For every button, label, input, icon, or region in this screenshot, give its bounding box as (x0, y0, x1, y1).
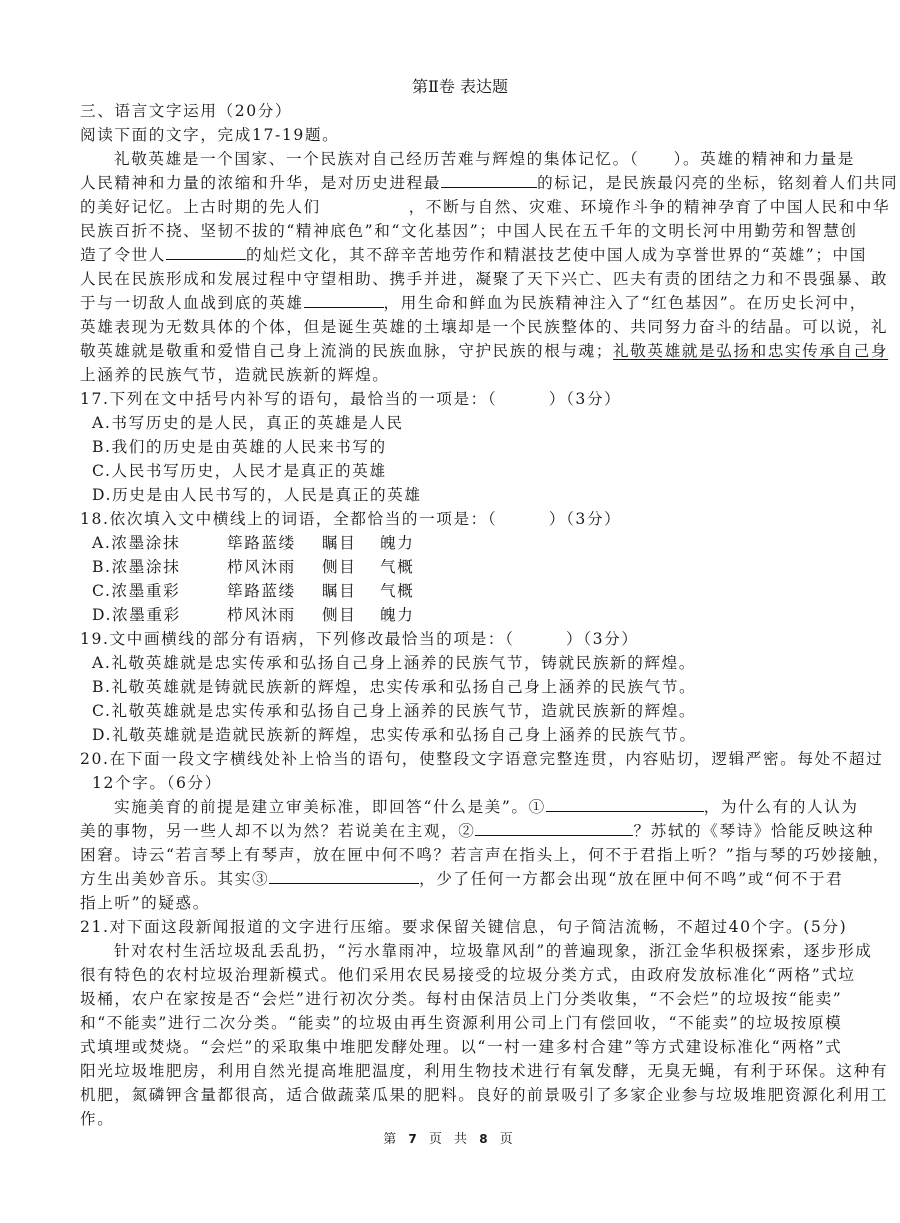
passage-line: 指上听”的疑惑。 (80, 891, 840, 915)
underlined-sentence: 礼敬英雄就是弘扬和忠实传承自己身 (613, 342, 888, 360)
reading-passage: 礼敬英雄是一个国家、一个民族对自己经历苦难与辉煌的集体记忆。（ ）。英雄的精神和… (80, 147, 840, 387)
question-stem: 21.对下面这段新闻报道的文字进行压缩。要求保留关键信息，句子简洁流畅，不超过4… (80, 915, 840, 939)
option-c[interactable]: C.浓墨重彩筚路蓝缕瞩目气概 (80, 579, 840, 603)
question-18: 18.依次填入文中横线上的词语，全都恰当的一项是：（ ）（3分） A.浓墨涂抹筚… (80, 507, 840, 627)
question-stem: 20.在下面一段文字横线处补上恰当的语句，使整段文字语意完整连贯，内容贴切，逻辑… (80, 747, 840, 771)
passage-line: 于与一切敌人血战到底的英雄，用生命和鲜血为民族精神注入了“红色基因”。在历史长河… (80, 291, 840, 315)
fill-blank[interactable] (441, 171, 537, 188)
option-d[interactable]: D.历史是由人民书写的，人民是真正的英雄 (80, 483, 840, 507)
option-a[interactable]: A.书写历史的是人民，真正的英雄是人民 (80, 411, 840, 435)
question-17: 17.下列在文中括号内补写的语句，最恰当的一项是：（ ）（3分） A.书写历史的… (80, 387, 840, 507)
fill-blank[interactable] (166, 243, 246, 260)
question-stem-cont: 12个字。（6分） (80, 771, 840, 795)
question-19: 19.文中画横线的部分有语病，下列修改最恰当的项是：（ ）（3分） A.礼敬英雄… (80, 627, 840, 747)
option-b[interactable]: B.礼敬英雄就是铸就民族新的辉煌，忠实传承和弘扬自己身上涵养的民族气节。 (80, 675, 840, 699)
passage-line: 民族百折不挠、坚韧不拔的“精神底色”和“文化基因”；中国人民在五千年的文明长河中… (80, 219, 840, 243)
question-stem: 19.文中画横线的部分有语病，下列修改最恰当的项是：（ ）（3分） (80, 627, 840, 651)
passage-line: 人民精神和力量的浓缩和升华，是对历史进程最的标记，是民族最闪亮的坐标，铭刻着人们… (80, 171, 840, 195)
option-a[interactable]: A.浓墨涂抹筚路蓝缕瞩目魄力 (80, 531, 840, 555)
question-20: 20.在下面一段文字横线处补上恰当的语句，使整段文字语意完整连贯，内容贴切，逻辑… (80, 747, 840, 915)
passage-line: 敬英雄就是敬重和爱惜自己身上流淌的民族血脉，守护民族的根与魂；礼敬英雄就是弘扬和… (80, 339, 840, 363)
instruction: 阅读下面的文字，完成17-19题。 (80, 123, 840, 147)
option-b[interactable]: B.我们的历史是由英雄的人民来书写的 (80, 435, 840, 459)
option-b[interactable]: B.浓墨涂抹栉风沐雨侧目气概 (80, 555, 840, 579)
option-c[interactable]: C.礼敬英雄就是忠实传承和弘扬自己身上涵养的民族气节，造就民族新的辉煌。 (80, 699, 840, 723)
answer-blank-1[interactable] (546, 795, 704, 812)
current-page: 7 (408, 1132, 420, 1146)
passage-line: 方生出美妙音乐。其实③，少了任何一方都会出现“放在匣中何不鸣”或“何不于君 (80, 867, 840, 891)
news-line: 和“不能卖”进行二次分类。“能卖”的垃圾由再生资源利用公司上门有偿回收，“不能卖… (80, 1011, 840, 1035)
news-line: 阳光垃圾堆肥房，利用自然光提高堆肥温度，利用生物技术进行有氧发酵，无臭无蝇，有利… (80, 1059, 840, 1083)
news-line: 很有特色的农村垃圾治理新模式。他们采用农民易接受的垃圾分类方式，由政府发放标准化… (80, 963, 840, 987)
question-stem: 17.下列在文中括号内补写的语句，最恰当的一项是：（ ）（3分） (80, 387, 840, 411)
passage-line: 英雄表现为无数具体的个体，但是诞生英雄的土壤却是一个民族整体的、共同努力奋斗的结… (80, 315, 840, 339)
option-c[interactable]: C.人民书写历史，人民才是真正的英雄 (80, 459, 840, 483)
passage-line: 困窘。诗云“若言琴上有琴声，放在匣中何不鸣？若言声在指头上，何不于君指上听？”指… (80, 843, 840, 867)
option-a[interactable]: A.礼敬英雄就是忠实传承和弘扬自己身上涵养的民族气节，铸就民族新的辉煌。 (80, 651, 840, 675)
news-line: 针对农村生活垃圾乱丢乱扔，“污水靠雨冲，垃圾靠风刮”的普遍现象，浙江金华积极探索… (80, 939, 840, 963)
question-stem: 18.依次填入文中横线上的词语，全都恰当的一项是：（ ）（3分） (80, 507, 840, 531)
passage-line: 人民在民族形成和发展过程中守望相助、携手并进，凝聚了天下兴亡、匹夫有责的团结之力… (80, 267, 840, 291)
part-heading: 三、语言文字运用（20分） (80, 99, 840, 123)
answer-blank-2[interactable] (475, 819, 633, 836)
fill-blank[interactable] (304, 291, 384, 308)
news-line: 式填埋或焚烧。“会烂”的采取集中堆肥发酵处理。以“一村一建多村合建”等方式建设标… (80, 1035, 840, 1059)
passage-line: 美的事物，另一些人却不以为然？若说美在主观，②？苏轼的《琴诗》恰能反映这种 (80, 819, 840, 843)
section-title: 第Ⅱ卷 表达题 (80, 75, 840, 99)
news-line: 圾桶，农户在家按是否“会烂”进行初次分类。每村由保洁员上门分类收集，“不会烂”的… (80, 987, 840, 1011)
option-d[interactable]: D.浓墨重彩栉风沐雨侧目魄力 (80, 603, 840, 627)
passage-line: 造了令世人的灿烂文化，其不辞辛苦地劳作和精湛技艺使中国人成为享誉世界的“英雄”；… (80, 243, 840, 267)
total-pages: 8 (479, 1132, 491, 1146)
option-d[interactable]: D.礼敬英雄就是造就民族新的辉煌，忠实传承和弘扬自己身上涵养的民族气节。 (80, 723, 840, 747)
passage-line: 礼敬英雄是一个国家、一个民族对自己经历苦难与辉煌的集体记忆。（ ）。英雄的精神和… (80, 147, 840, 171)
page-footer: 第 7 页 共 8 页 (0, 1128, 900, 1147)
passage-line: 的美好记忆。上古时期的先人们，不断与自然、灾难、环境作斗争的精神孕育了中国人民和… (80, 195, 840, 219)
news-line: 机肥，氮磷钾含量都很高，适合做蔬菜瓜果的肥料。良好的前景吸引了多家企业参与垃圾堆… (80, 1083, 840, 1107)
question-21: 21.对下面这段新闻报道的文字进行压缩。要求保留关键信息，句子简洁流畅，不超过4… (80, 915, 840, 1131)
passage-line: 实施美育的前提是建立审美标准，即回答“什么是美”。①，为什么有的人认为 (80, 795, 840, 819)
fill-blank[interactable] (321, 196, 409, 212)
passage-line: 上涵养的民族气节，造就民族新的辉煌。 (80, 363, 840, 387)
exam-page: 第Ⅱ卷 表达题 三、语言文字运用（20分） 阅读下面的文字，完成17-19题。 … (80, 75, 840, 1131)
answer-blank-3[interactable] (269, 867, 419, 884)
